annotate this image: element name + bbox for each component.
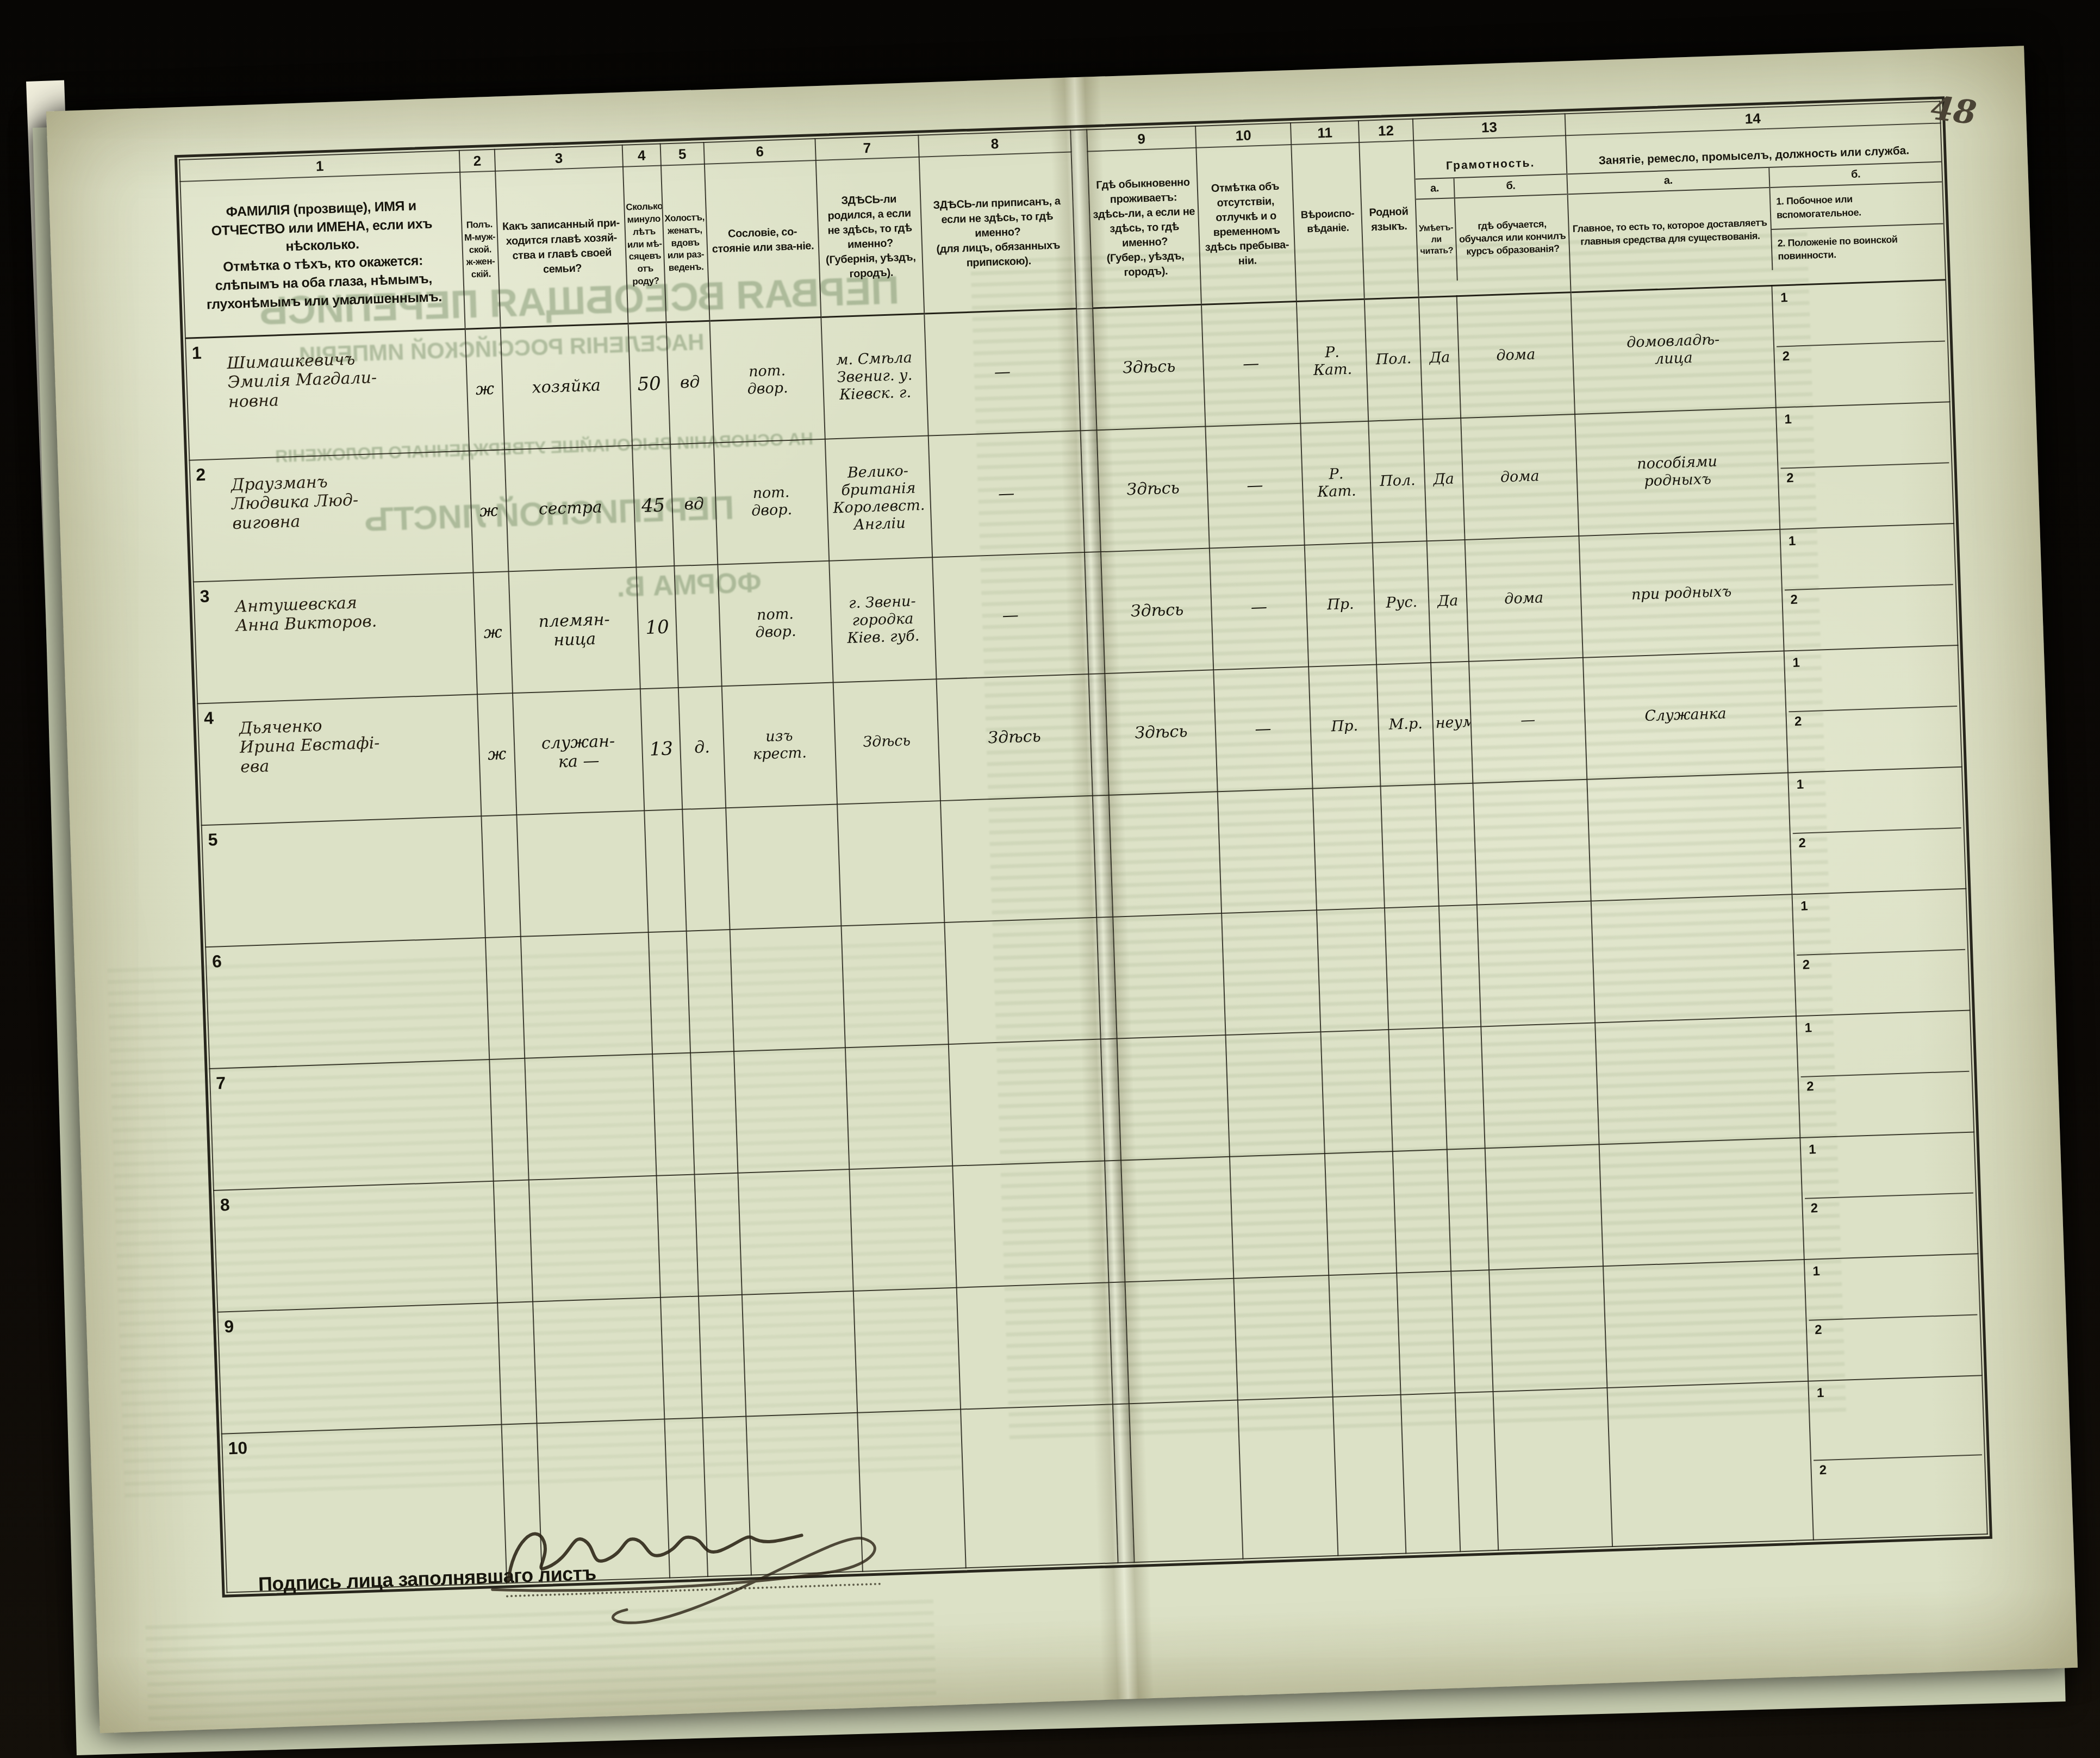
- col-num-5: 5: [660, 142, 705, 166]
- header-occupation: Занятіе, ремесло, промыселъ, должность и…: [1566, 123, 1946, 292]
- name-entry: Драузманъ Людвика Люд- виговна: [230, 468, 463, 533]
- cell-registered: Здѣсь: [937, 674, 1093, 801]
- signature-handwriting: [467, 1475, 918, 1669]
- cell-occupation: [1607, 1381, 1813, 1547]
- cell-estate: [742, 1291, 857, 1417]
- cell-language: [1397, 1271, 1455, 1394]
- cell-estate: [730, 926, 845, 1051]
- header-name: ФАМИЛІЯ (прозвище), ИМЯ и ОТЧЕСТВО или И…: [180, 172, 465, 338]
- name-entry: Дьяченко Ирина Евстафі- ева: [239, 712, 471, 777]
- cell-language: М.р.: [1376, 663, 1435, 786]
- cell-birthplace: [849, 1166, 956, 1291]
- cell-education: [1485, 1144, 1603, 1270]
- header-can-read: Умѣетъ-ли читать?: [1416, 199, 1457, 282]
- cell-literacy: [1451, 1270, 1493, 1393]
- cell-sex: [481, 815, 520, 938]
- cell-absence: [1218, 788, 1317, 913]
- cell-birthplace: Велико- британія Королевст. Англіи: [825, 436, 932, 561]
- side-sub1: 1: [1807, 1256, 1977, 1320]
- cell-education: [1493, 1388, 1613, 1550]
- row-number: 8: [220, 1195, 230, 1215]
- col-num-7: 7: [815, 135, 919, 160]
- cell-religion: [1325, 1151, 1397, 1275]
- side-number-1: 1: [1784, 412, 1792, 427]
- cell-occupation-side: 12: [1792, 889, 1970, 1016]
- side-sub2: 2: [1805, 1194, 1975, 1257]
- cell-marital: [699, 1295, 746, 1418]
- header-residence: Гдѣ обыкновенно проживаетъ: здѣсь-ли, а …: [1087, 148, 1201, 308]
- cell-literacy: неум.: [1431, 662, 1473, 784]
- cell-sex: [489, 1058, 528, 1181]
- name-entry: [251, 1076, 482, 1084]
- side-number-1: 1: [1809, 1142, 1816, 1157]
- cell-occupation-side: 12: [1784, 645, 1962, 772]
- side-sub1: 1: [1775, 283, 1945, 347]
- cell-language: Пол.: [1368, 419, 1426, 543]
- cell-name: 5: [202, 816, 485, 947]
- header-birthplace: ЗДѢСЬ-ли родился, а если не здѣсь, то гд…: [816, 157, 924, 317]
- cell-language: Пол.: [1364, 297, 1423, 421]
- census-table: 1 2 3 4 5 6 7 8 9 10 11 12 13 14 ФАМИЛІЯ…: [175, 96, 1992, 1598]
- cell-literacy: [1439, 905, 1481, 1028]
- cell-name: 3Антушевская Анна Викторов.: [194, 572, 477, 703]
- cell-occupation-side: 12: [1800, 1132, 1978, 1259]
- cell-absence: —: [1213, 667, 1312, 792]
- cell-marital: [694, 1173, 741, 1296]
- cell-sex: ж: [469, 450, 508, 572]
- cell-marital: вд: [666, 321, 713, 444]
- side-number-1: 1: [1804, 1020, 1812, 1036]
- cell-registered: —: [932, 552, 1088, 679]
- cell-age: [649, 931, 690, 1054]
- cell-absence: [1230, 1154, 1329, 1279]
- cell-relation: служан- ка —: [513, 689, 644, 815]
- cell-relation: сестра: [504, 446, 636, 572]
- cell-sex: ж: [465, 328, 504, 451]
- cell-literacy: [1447, 1148, 1489, 1271]
- cell-birthplace: г. Звени- городка Кіев. губ.: [829, 557, 936, 682]
- cell-estate: изъ крест.: [722, 683, 837, 808]
- side-number-1: 1: [1812, 1264, 1820, 1279]
- cell-marital: [690, 1051, 738, 1175]
- col-num-9: 9: [1087, 126, 1196, 152]
- cell-sex: ж: [477, 693, 516, 816]
- side-sub1: 1: [1803, 1135, 1973, 1199]
- cell-occupation: Служанка: [1583, 651, 1788, 780]
- side-number-1: 1: [1780, 290, 1788, 306]
- name-entry: Шимашкевичъ Эмилія Магдали- новна: [227, 346, 459, 412]
- cell-education: [1473, 780, 1591, 905]
- side-sub2: 2: [1789, 707, 1959, 770]
- side-sub1: 1: [1791, 770, 1961, 834]
- cell-religion: Пр.: [1308, 664, 1380, 788]
- cell-occupation: [1603, 1260, 1808, 1388]
- cell-literacy: Да: [1423, 418, 1465, 541]
- page-number-handwritten: 48: [1929, 89, 1979, 133]
- label-a: а.: [1416, 179, 1454, 200]
- header-literacy-b: б. гдѣ обучается, обучался или кончилъ к…: [1455, 175, 1570, 280]
- cell-religion: [1329, 1273, 1400, 1397]
- side-number-1: 1: [1817, 1386, 1824, 1401]
- cell-name: 8: [214, 1181, 497, 1312]
- header-literacy: Грамотность. а. Умѣетъ-ли читать? б. гдѣ…: [1413, 135, 1571, 297]
- col-num-4: 4: [622, 144, 661, 167]
- cell-occupation-side: 12: [1776, 402, 1954, 529]
- cell-religion: [1320, 1030, 1392, 1154]
- header-occupation-b: б. 1. Побочное или вспомогательное. 2. П…: [1769, 163, 1945, 270]
- cell-occupation-side: 12: [1780, 523, 1958, 651]
- row-number: 4: [204, 708, 214, 728]
- cell-marital: д.: [678, 686, 726, 809]
- cell-registered: —: [929, 431, 1085, 557]
- cell-residence: [1129, 1400, 1243, 1562]
- cell-absence: —: [1210, 545, 1308, 670]
- row-number: 3: [200, 587, 210, 607]
- cell-occupation: [1599, 1138, 1804, 1266]
- side-number-2: 2: [1819, 1463, 1827, 1478]
- cell-estate: пот. двор.: [714, 439, 829, 565]
- cell-language: [1385, 906, 1443, 1030]
- cell-language: [1381, 784, 1439, 908]
- side-sub2: 2: [1809, 1315, 1979, 1378]
- cell-sex: [485, 937, 525, 1059]
- header-age: Сколько минуло лѣтъ или мѣ-сяцевъ отъ ро…: [623, 166, 666, 324]
- header-marital: Холостъ, женатъ, вдовъ или раз-веденъ.: [661, 164, 710, 322]
- header-literacy-a: а. Умѣетъ-ли читать?: [1416, 179, 1458, 282]
- side-sub1: 1: [1795, 892, 1965, 956]
- side-sub1: 1: [1783, 526, 1953, 590]
- cell-estate: пот. двор.: [718, 561, 833, 687]
- row-number: 7: [216, 1073, 226, 1094]
- cell-birthplace: Здѣсь: [833, 679, 940, 804]
- side-number-2: 2: [1786, 471, 1794, 486]
- cell-registered: —: [924, 309, 1080, 436]
- col-num-2: 2: [459, 149, 495, 172]
- cell-language: [1393, 1150, 1451, 1273]
- header-religion: Вѣроиспо-вѣданіе.: [1291, 142, 1364, 301]
- cell-age: [660, 1296, 702, 1419]
- cell-education: [1481, 1023, 1599, 1148]
- cell-residence: [1117, 1035, 1230, 1161]
- side-sub2: 2: [1781, 463, 1951, 526]
- header-where-educated: гдѣ обучается, обучался или кончилъ курс…: [1455, 195, 1570, 280]
- cell-registered: [949, 1039, 1105, 1166]
- cell-registered: [957, 1282, 1113, 1409]
- cell-absence: —: [1201, 301, 1300, 426]
- side-number-2: 2: [1794, 714, 1802, 730]
- name-entry: [255, 1198, 486, 1206]
- cell-relation: [533, 1298, 664, 1424]
- side-number-2: 2: [1802, 957, 1810, 972]
- cell-name: 1Шимашкевичъ Эмилія Магдали- новна: [185, 329, 469, 460]
- side-number-2: 2: [1798, 836, 1806, 851]
- cell-birthplace: [845, 1044, 952, 1169]
- cell-birthplace: [841, 922, 948, 1048]
- cell-literacy: Да: [1427, 540, 1469, 663]
- side-sub1: 1: [1811, 1378, 1982, 1461]
- cell-religion: Пр.: [1305, 543, 1376, 667]
- cell-sex: ж: [473, 571, 513, 694]
- row-number: 5: [208, 830, 218, 850]
- cell-literacy: Да: [1419, 296, 1461, 420]
- cell-name: 6: [205, 938, 489, 1069]
- row-number: 10: [228, 1438, 248, 1458]
- row-number: 9: [224, 1317, 234, 1337]
- cell-residence: Здѣсь: [1101, 548, 1213, 674]
- cell-registered: [940, 796, 1096, 922]
- header-sex: Полъ. М-муж- ской. ж-жен- скій.: [460, 171, 501, 329]
- cell-occupation: при родныхъ: [1579, 529, 1784, 658]
- header-registered: ЗДѢСЬ-ли приписанъ, а если не здѣсь, то …: [919, 152, 1076, 314]
- col-num-12: 12: [1359, 119, 1413, 142]
- side-sub1: 1: [1787, 648, 1957, 712]
- name-entry: [243, 833, 474, 841]
- cell-occupation: [1587, 772, 1792, 901]
- header-estate: Сословіе, со-стояніе или зва-ніе.: [705, 160, 821, 321]
- cell-religion: [1313, 786, 1385, 910]
- cell-estate: [738, 1169, 853, 1295]
- cell-marital: вд: [670, 443, 718, 566]
- cell-occupation: [1591, 894, 1796, 1023]
- cell-occupation: [1595, 1016, 1800, 1144]
- cell-residence: Здѣсь: [1096, 427, 1209, 552]
- cell-birthplace: [837, 801, 944, 926]
- name-entry: [259, 1320, 490, 1327]
- cell-name: 4Дьяченко Ирина Евстафі- ева: [197, 694, 481, 825]
- cell-language: Рус.: [1373, 541, 1431, 664]
- cell-relation: [525, 1054, 656, 1180]
- cell-literacy: [1435, 783, 1476, 906]
- side-sub2: 2: [1793, 828, 1963, 892]
- cell-residence: Здѣсь: [1105, 670, 1217, 795]
- cell-age: [657, 1175, 699, 1298]
- side-sub2: 2: [1814, 1455, 1984, 1537]
- cell-estate: [726, 804, 841, 930]
- cell-name: 2Драузманъ Людвика Люд- виговна: [189, 451, 473, 582]
- row-number: 6: [211, 951, 222, 972]
- col-num-11: 11: [1291, 121, 1359, 145]
- name-entry: [247, 955, 478, 963]
- row-number: 2: [196, 465, 206, 485]
- side-number-2: 2: [1815, 1323, 1822, 1338]
- cell-absence: —: [1205, 423, 1304, 548]
- cell-education: [1489, 1266, 1607, 1392]
- side-number-1: 1: [1792, 656, 1800, 671]
- cell-estate: пот. двор.: [709, 317, 825, 442]
- cell-birthplace: м. Смѣла Звениг. у. Кіевск. г.: [821, 314, 928, 439]
- cell-education: дома: [1457, 292, 1575, 418]
- cell-literacy: [1443, 1026, 1485, 1149]
- screenshot-root: { "page": { "number": "48" }, "footer": …: [0, 0, 2100, 1758]
- cell-name: 9: [217, 1303, 501, 1434]
- cell-residence: [1121, 1157, 1233, 1282]
- cell-occupation-side: 12: [1804, 1254, 1982, 1381]
- cell-religion: [1317, 908, 1388, 1032]
- cell-relation: племян- ница: [509, 567, 640, 693]
- side-sub2: 2: [1801, 1072, 1971, 1135]
- cell-occupation-side: 12: [1796, 1011, 1974, 1138]
- cell-absence: [1226, 1032, 1325, 1157]
- header-military-status: 2. Положеніе по воинской повинности.: [1772, 224, 1945, 270]
- cell-residence: [1125, 1279, 1237, 1404]
- cell-religion: Р. Кат.: [1297, 299, 1368, 423]
- cell-relation: [529, 1176, 660, 1302]
- cell-marital: [674, 565, 721, 688]
- cell-age: [652, 1053, 694, 1176]
- cell-estate: [734, 1048, 849, 1173]
- census-sheet: ПЕРВАЯ ВСЕОБЩАЯ ПЕРЕПИСЬ НАСЕЛЕНІЯ РОССІ…: [46, 46, 2078, 1733]
- side-number-1: 1: [1789, 534, 1796, 549]
- cell-age: 50: [628, 322, 670, 446]
- side-sub2: 2: [1785, 585, 1955, 648]
- cell-language: [1388, 1028, 1447, 1151]
- header-relation: Какъ записанный при-ходится главѣ хозяй-…: [495, 167, 628, 328]
- cell-religion: [1333, 1395, 1406, 1556]
- cell-occupation: пособіями родныхъ: [1575, 408, 1780, 536]
- name-entry: [263, 1442, 494, 1449]
- cell-registered: [944, 918, 1100, 1044]
- cell-occupation-side: 12: [1772, 280, 1949, 408]
- cell-marital: [682, 808, 730, 931]
- col-num-6: 6: [704, 139, 816, 164]
- col-num-10: 10: [1195, 123, 1291, 148]
- cell-absence: [1238, 1397, 1338, 1559]
- name-entry: Антушевская Анна Викторов.: [235, 590, 467, 636]
- cell-language: [1401, 1393, 1461, 1553]
- side-number-2: 2: [1782, 349, 1790, 364]
- header-occupation-main: Главное, то есть то, которое доставляетъ…: [1568, 188, 1772, 277]
- cell-age: 13: [640, 688, 682, 811]
- cell-absence: [1233, 1275, 1332, 1400]
- cell-residence: [1113, 913, 1225, 1039]
- cell-sex: [494, 1180, 533, 1303]
- header-occupation-side: 1. Побочное или вспомогательное.: [1770, 183, 1943, 230]
- row-number: 1: [191, 343, 202, 364]
- side-sub2: 2: [1797, 950, 1967, 1013]
- cell-marital: [687, 930, 734, 1053]
- cell-age: 10: [636, 566, 678, 689]
- cell-birthplace: [853, 1288, 961, 1413]
- cell-education: [1477, 901, 1595, 1027]
- cell-religion: Р. Кат.: [1300, 421, 1372, 545]
- header-absence: Отмѣтка объ отсутствіи, отлучкѣ и о врем…: [1196, 145, 1296, 304]
- cell-age: [644, 809, 686, 932]
- side-sub1: 1: [1779, 404, 1949, 469]
- side-number-2: 2: [1790, 593, 1798, 608]
- cell-age: 45: [632, 444, 674, 567]
- cell-relation: [521, 932, 652, 1058]
- cell-education: дома: [1465, 536, 1583, 662]
- cell-sex: [497, 1302, 537, 1425]
- side-number-1: 1: [1800, 899, 1808, 914]
- cell-residence: Здѣсь: [1093, 304, 1205, 430]
- cell-occupation-side: 12: [1808, 1375, 1987, 1539]
- cell-absence: [1222, 910, 1320, 1035]
- cell-education: —: [1469, 658, 1587, 783]
- cell-education: дома: [1461, 414, 1579, 540]
- cell-occupation: домовладѣ- лица: [1571, 285, 1776, 414]
- side-number-2: 2: [1806, 1079, 1814, 1094]
- side-sub1: 1: [1799, 1013, 1969, 1077]
- cell-registered: [961, 1404, 1118, 1568]
- cell-name: 7: [210, 1059, 494, 1190]
- cell-registered: [952, 1161, 1108, 1288]
- header-occupation-a: а. Главное, то есть то, которое доставля…: [1567, 168, 1773, 277]
- cell-relation: хозяйка: [501, 323, 632, 450]
- side-sub2: 2: [1777, 341, 1947, 404]
- side-number-1: 1: [1796, 777, 1804, 792]
- side-number-2: 2: [1810, 1201, 1818, 1216]
- cell-residence: [1109, 791, 1222, 917]
- cell-literacy: [1455, 1392, 1499, 1551]
- cell-occupation-side: 12: [1788, 767, 1966, 894]
- header-language: Родной языкъ.: [1359, 141, 1419, 300]
- cell-relation: [516, 811, 648, 937]
